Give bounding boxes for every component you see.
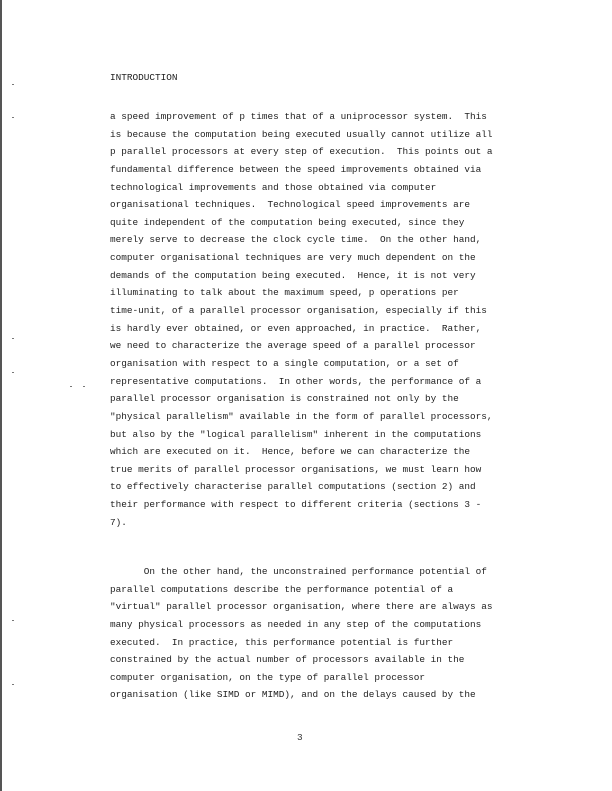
text-line: "virtual" parallel processor organisatio…	[110, 598, 493, 616]
text-line: constrained by the actual number of proc…	[110, 651, 493, 669]
text-line: is because the computation being execute…	[110, 126, 493, 144]
scan-mark	[12, 338, 14, 339]
text-line: organisational techniques. Technological…	[110, 196, 493, 214]
text-line: quite independent of the computation bei…	[110, 214, 493, 232]
text-line: many physical processors as needed in an…	[110, 616, 493, 634]
scan-mark	[70, 386, 72, 387]
text-line: illuminating to talk about the maximum s…	[110, 284, 493, 302]
text-line: p parallel processors at every step of e…	[110, 143, 493, 161]
text-line: computer organisational techniques are v…	[110, 249, 493, 267]
scan-edge	[0, 0, 2, 791]
text-line: technological improvements and those obt…	[110, 179, 493, 197]
text-line: On the other hand, the unconstrained per…	[110, 563, 493, 581]
text-line: representative computations. In other wo…	[110, 373, 493, 391]
text-line: merely serve to decrease the clock cycle…	[110, 231, 493, 249]
scan-mark	[12, 84, 14, 85]
page-number: 3	[297, 732, 303, 743]
text-line: is hardly ever obtained, or even approac…	[110, 320, 493, 338]
text-line: fundamental difference between the speed…	[110, 161, 493, 179]
text-line: computer organisation, on the type of pa…	[110, 669, 493, 687]
text-line: organisation (like SIMD or MIMD), and on…	[110, 686, 493, 704]
text-line: organisation with respect to a single co…	[110, 355, 493, 373]
text-line: "physical parallelism" available in the …	[110, 408, 493, 426]
text-line: parallel processor organisation is const…	[110, 390, 493, 408]
document-page: INTRODUCTION a speed improvement of p ti…	[0, 0, 612, 791]
text-line: time-unit, of a parallel processor organ…	[110, 302, 493, 320]
text-line: executed. In practice, this performance …	[110, 634, 493, 652]
text-line: a speed improvement of p times that of a…	[110, 108, 493, 126]
text-line: true merits of parallel processor organi…	[110, 461, 493, 479]
paragraph-1: a speed improvement of p times that of a…	[110, 108, 493, 531]
text-line: parallel computations describe the perfo…	[110, 581, 493, 599]
text-line: which are executed on it. Hence, before …	[110, 443, 493, 461]
text-line: we need to characterize the average spee…	[110, 337, 493, 355]
text-line: 7).	[110, 514, 493, 532]
scan-mark	[12, 117, 14, 118]
section-heading: INTRODUCTION	[110, 72, 178, 83]
text-line: to effectively characterise parallel com…	[110, 478, 493, 496]
scan-mark	[12, 684, 14, 685]
scan-mark	[83, 386, 85, 387]
scan-mark	[12, 620, 14, 621]
text-line: demands of the computation being execute…	[110, 267, 493, 285]
scan-mark	[12, 372, 14, 373]
text-line: their performance with respect to differ…	[110, 496, 493, 514]
text-line: but also by the "logical parallelism" in…	[110, 426, 493, 444]
paragraph-2: On the other hand, the unconstrained per…	[110, 563, 493, 704]
